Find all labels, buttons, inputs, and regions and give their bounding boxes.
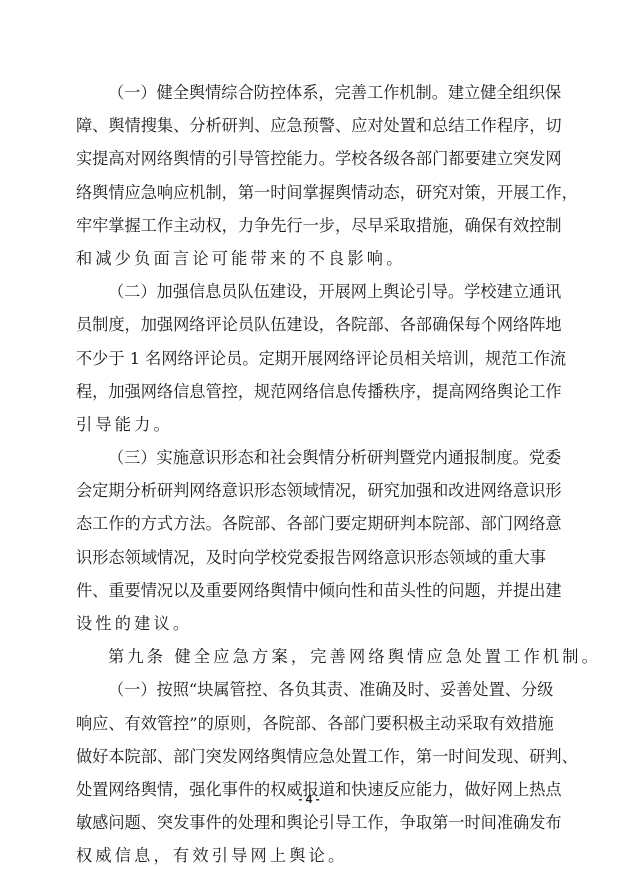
text-line: 络舆情应急响应机制，第一时间掌握舆情动态，研究对策，开展工作，: [76, 176, 546, 209]
text-line: 识形态领域情况，及时向学校党委报告网络意识形态领域的重大事: [76, 541, 546, 574]
text-line: （一）按照“块属管控、各负其责、准确及时、妥善处置、分级: [76, 673, 546, 706]
paragraph-public-opinion-system: （一）健全舆情综合防控体系，完善工作机制。建立健全组织保 障、舆情搜集、分析研判…: [76, 76, 546, 275]
text-line: 件、重要情况以及重要网络舆情中倾向性和苗头性的问题，并提出建: [76, 574, 546, 607]
text-line: 实提高对网络舆情的引导管控能力。学校各级各部门都要建立突发网: [76, 142, 546, 175]
text-line: 第九条 健全应急方案，完善网络舆情应急处置工作机制。: [76, 640, 546, 673]
text-line: 权威信息，有效引导网上舆论。: [76, 839, 546, 869]
text-line: 程，加强网络信息管控，规范网络信息传播秩序，提高网络舆论工作: [76, 375, 546, 408]
text-line: 响应、有效管控”的原则，各院部、各部门要积极主动采取有效措施: [76, 707, 546, 740]
paragraph-informant-team: （二）加强信息员队伍建设，开展网上舆论引导。学校建立通讯 员制度，加强网络评论员…: [76, 275, 546, 441]
text-line: 不少于 1 名网络评论员。定期开展网络评论员相关培训，规范工作流: [76, 342, 546, 375]
text-line: 引导能力。: [76, 408, 546, 441]
document-body: （一）健全舆情综合防控体系，完善工作机制。建立健全组织保 障、舆情搜集、分析研判…: [76, 76, 546, 869]
text-line: 牢牢掌握工作主动权，力争先行一步，尽早采取措施，确保有效控制: [76, 209, 546, 242]
text-line: 设性的建议。: [76, 607, 546, 640]
text-line: （二）加强信息员队伍建设，开展网上舆论引导。学校建立通讯: [76, 275, 546, 308]
text-line: 障、舆情搜集、分析研判、应急预警、应对处置和总结工作程序，切: [76, 109, 546, 142]
text-line: 敏感问题、突发事件的处理和舆论引导工作，争取第一时间准确发布: [76, 806, 546, 839]
text-line: 态工作的方式方法。各院部、各部门要定期研判本院部、部门网络意: [76, 507, 546, 540]
text-line: 员制度，加强网络评论员队伍建设，各院部、各部确保每个网络阵地: [76, 308, 546, 341]
text-line: 会定期分析研判网络意识形态领域情况，研究加强和改进网络意识形: [76, 474, 546, 507]
text-line: （一）健全舆情综合防控体系，完善工作机制。建立健全组织保: [76, 76, 546, 109]
article-nine-heading: 第九条 健全应急方案，完善网络舆情应急处置工作机制。: [76, 640, 546, 673]
text-line: 做好本院部、部门突发网络舆情应急处置工作，第一时间发现、研判、: [76, 740, 546, 773]
text-line: （三）实施意识形态和社会舆情分析研判暨党内通报制度。党委: [76, 441, 546, 474]
document-page: （一）健全舆情综合防控体系，完善工作机制。建立健全组织保 障、舆情搜集、分析研判…: [0, 0, 618, 869]
page-number: - 4 -: [0, 792, 618, 806]
text-line: 和减少负面言论可能带来的不良影响。: [76, 242, 546, 275]
paragraph-emergency-principles: （一）按照“块属管控、各负其责、准确及时、妥善处置、分级 响应、有效管控”的原则…: [76, 673, 546, 869]
paragraph-ideology-analysis: （三）实施意识形态和社会舆情分析研判暨党内通报制度。党委 会定期分析研判网络意识…: [76, 441, 546, 640]
